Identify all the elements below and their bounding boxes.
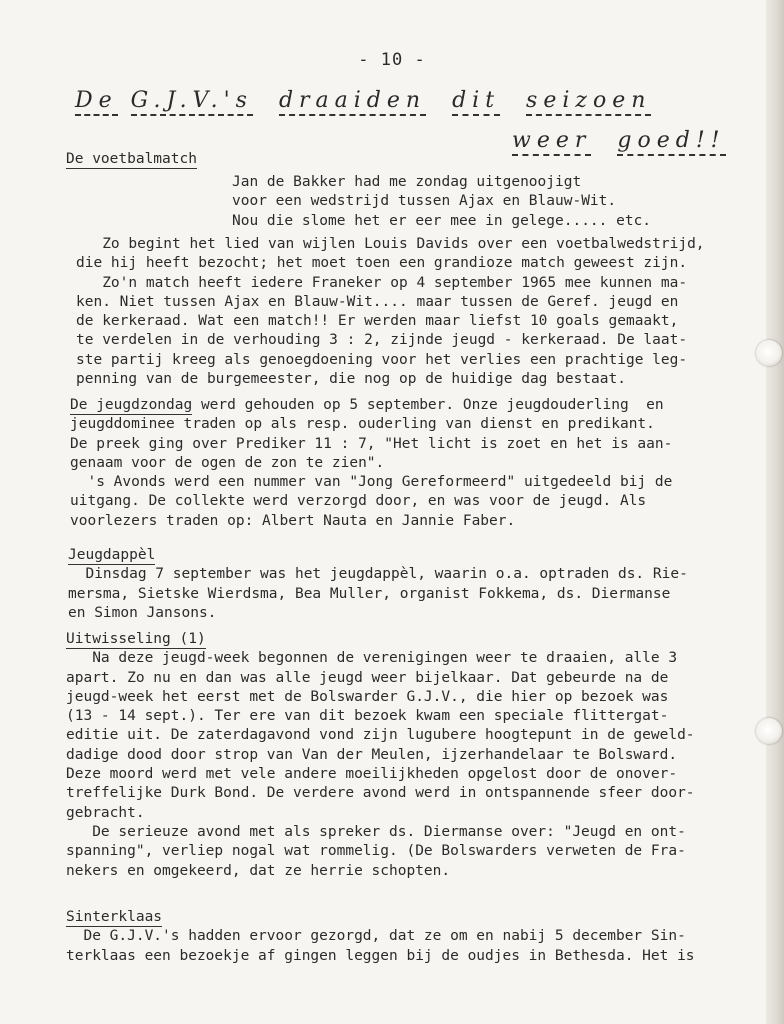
section-heading: Sinterklaas xyxy=(66,909,162,927)
section-voetbalmatch: De voetbalmatch xyxy=(66,150,754,169)
punch-hole-top xyxy=(756,340,782,366)
page-edge xyxy=(766,0,784,1024)
section-jeugdappel: Jeugdappèl Dinsdag 7 september was het j… xyxy=(68,546,754,623)
poem: Jan de Bakker had me zondag uitgenoojigt… xyxy=(232,173,754,231)
section-jeugdzondag: De jeugdzondag werd gehouden op 5 septem… xyxy=(70,396,754,531)
section-heading: De voetbalmatch xyxy=(66,151,197,169)
section-heading: De jeugdzondag xyxy=(70,397,192,415)
section-heading: Jeugdappèl xyxy=(68,547,155,565)
section-voetbalmatch-body: Zo begint het lied van wijlen Louis Davi… xyxy=(76,235,754,389)
section-sinterklaas: Sinterklaas De G.J.V.'s hadden ervoor ge… xyxy=(66,908,754,966)
section-uitwisseling: Uitwisseling (1) Na deze jeugd-week bego… xyxy=(66,630,754,881)
punch-hole-bottom xyxy=(756,718,782,744)
page-title-line1: De G.J.V.'s draaiden dit seizoen xyxy=(75,88,651,113)
section-heading: Uitwisseling (1) xyxy=(66,631,206,649)
page-number: - 10 - xyxy=(0,50,784,70)
